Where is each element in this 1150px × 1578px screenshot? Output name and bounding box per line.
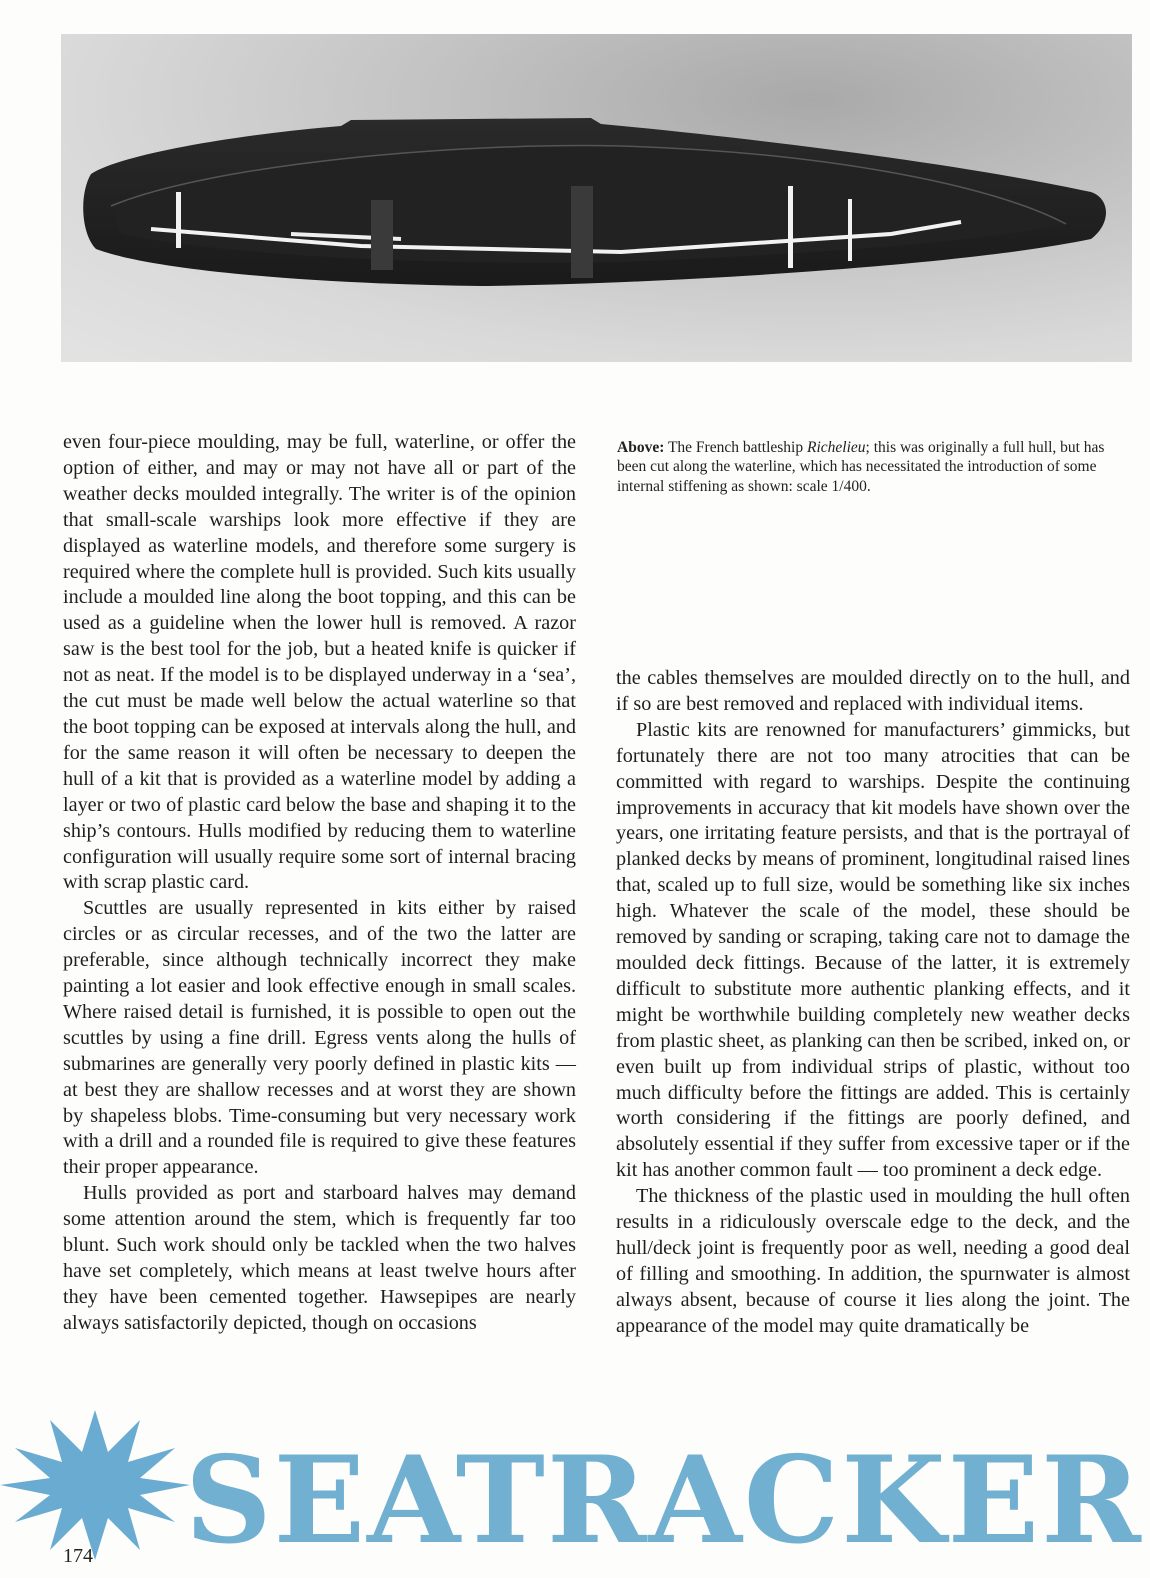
left-text-column: even four-piece moulding, may be full, w…	[63, 430, 576, 1337]
paragraph: Scuttles are usually represented in kits…	[63, 896, 576, 1181]
watermark-text: SEATRACKER.RU	[185, 1430, 1150, 1571]
figure-caption: Above: The French battleship Richelieu; …	[617, 438, 1117, 496]
paragraph: The thickness of the plastic used in mou…	[616, 1184, 1130, 1339]
paragraph: Hulls provided as port and starboard hal…	[63, 1181, 576, 1336]
hull-photograph	[61, 34, 1132, 362]
caption-ship-name: Richelieu	[807, 439, 866, 456]
caption-label: Above:	[617, 439, 664, 456]
ship-hull-image	[61, 34, 1132, 362]
paragraph: even four-piece moulding, may be full, w…	[63, 430, 576, 896]
right-text-column: the cables themselves are moulded direct…	[616, 666, 1130, 1340]
page-number: 174	[63, 1545, 93, 1568]
caption-text-before: The French battleship	[664, 439, 807, 456]
paragraph: the cables themselves are moulded direct…	[616, 666, 1130, 718]
watermark: SEATRACKER.RU	[0, 1390, 1150, 1578]
paragraph: Plastic kits are renowned for manufactur…	[616, 718, 1130, 1184]
sunburst-icon	[0, 1410, 190, 1560]
